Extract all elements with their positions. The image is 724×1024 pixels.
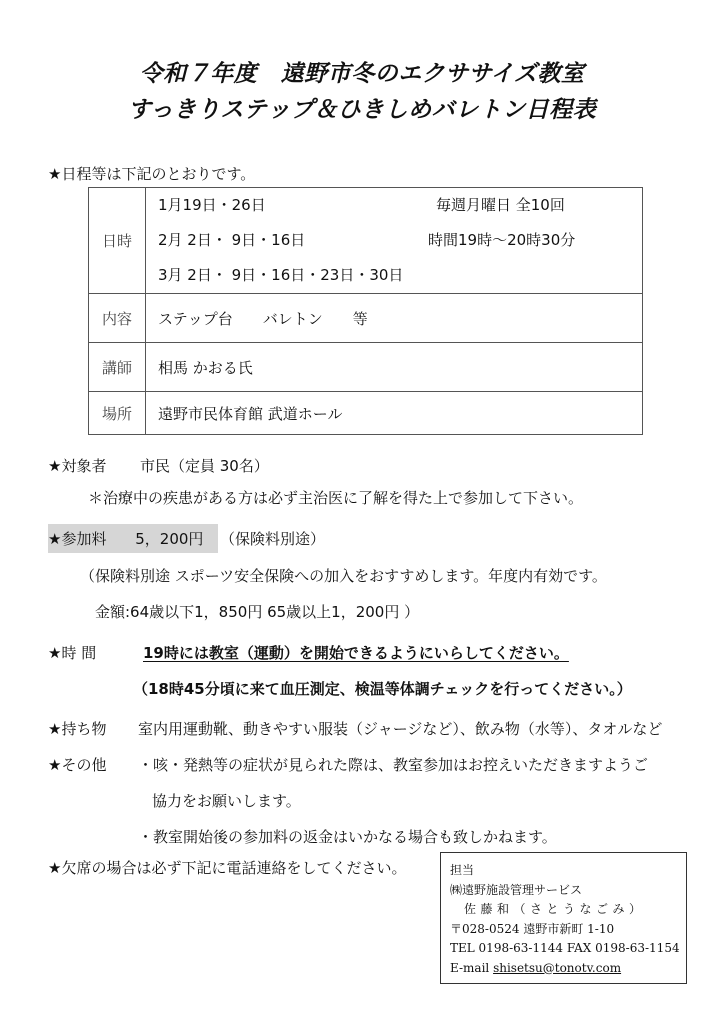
instructor-label: 講師 xyxy=(89,343,146,392)
fee-amount: 5，200円 xyxy=(135,530,203,548)
schedule-dates: 2月 2日・ 9日・16日 xyxy=(158,223,428,258)
content-value: ステップ台 バレトン 等 xyxy=(146,294,643,343)
target-heading: ★対象者 xyxy=(48,455,106,476)
belongings-heading: ★持ち物 xyxy=(48,718,106,739)
contact-box: 担当 ㈱遠野施設管理サービス 佐藤和（さとうなごみ） 〒028-0524 遠野市… xyxy=(440,852,687,984)
venue-value: 遠野市民体育館 武道ホール xyxy=(146,392,643,435)
time-sub: （18時45分頃に来て血圧測定、検温等体調チェックを行ってください。） xyxy=(133,678,632,699)
datetime-label: 日時 xyxy=(89,188,146,294)
absence-notice: ★欠席の場合は必ず下記に電話連絡をしてください。 xyxy=(48,857,406,878)
intro-text: ★日程等は下記のとおりです。 xyxy=(48,163,255,184)
table-row-content: 内容 ステップ台 バレトン 等 xyxy=(89,294,643,343)
insurance-line1: （保険料別途 スポーツ安全保険への加入をおすすめします。年度内有効です。 xyxy=(80,565,607,586)
instructor-value: 相馬 かおる氏 xyxy=(146,343,643,392)
document-title-line2: すっきりステップ＆ひきしめバレトン日程表 xyxy=(0,91,724,124)
table-row-venue: 場所 遠野市民体育館 武道ホール xyxy=(89,392,643,435)
datetime-value: 1月19日・26日 毎週月曜日 全10回 2月 2日・ 9日・16日 時間19時… xyxy=(146,188,643,294)
contact-label: 担当 xyxy=(450,861,686,881)
other-item1-line1: ・咳・発熱等の症状が見られた際は、教室参加はお控えいただきますようご xyxy=(138,754,648,775)
email-link[interactable]: shisetsu@tonotv.com xyxy=(493,961,621,975)
contact-email-row: E-mail shisetsu@tonotv.com xyxy=(450,959,686,979)
contact-address: 〒028-0524 遠野市新町 1-10 xyxy=(450,920,686,940)
contact-phone-fax: TEL 0198-63-1144 FAX 0198-63-1154 xyxy=(450,939,686,959)
insurance-line2: 金額:64歳以下1，850円 65歳以上1，200円 ） xyxy=(95,601,419,622)
email-label: E-mail xyxy=(450,961,493,975)
schedule-note: 毎週月曜日 全10回 xyxy=(428,188,565,223)
schedule-line: 3月 2日・ 9日・16日・23日・30日 xyxy=(158,258,642,293)
other-item2: ・教室開始後の参加料の返金はいかなる場合も致しかねます。 xyxy=(138,826,557,847)
time-heading: ★時 間 xyxy=(48,642,96,663)
other-item1-line2: 協力をお願いします。 xyxy=(152,790,301,811)
schedule-line: 1月19日・26日 毎週月曜日 全10回 xyxy=(158,188,642,223)
document-title-line1: 令和７年度 遠野市冬のエクササイズ教室 xyxy=(0,55,724,88)
venue-label: 場所 xyxy=(89,392,146,435)
target-note: ＊治療中の疾患がある方は必ず主治医に了解を得た上で参加して下さい。 xyxy=(88,487,583,508)
fee-heading: ★参加料 xyxy=(48,530,106,548)
contact-company: ㈱遠野施設管理サービス xyxy=(450,881,686,901)
schedule-line: 2月 2日・ 9日・16日 時間19時～20時30分 xyxy=(158,223,642,258)
table-row-instructor: 講師 相馬 かおる氏 xyxy=(89,343,643,392)
schedule-table: 日時 1月19日・26日 毎週月曜日 全10回 2月 2日・ 9日・16日 時間… xyxy=(88,187,643,435)
time-main: 19時には教室（運動）を開始できるようにいらしてください。 xyxy=(143,642,569,663)
fee-highlight: ★参加料 5，200円 xyxy=(48,524,218,553)
table-row-datetime: 日時 1月19日・26日 毎週月曜日 全10回 2月 2日・ 9日・16日 時間… xyxy=(89,188,643,294)
contact-person: 佐藤和（さとうなごみ） xyxy=(450,900,686,920)
other-heading: ★その他 xyxy=(48,754,106,775)
schedule-dates: 1月19日・26日 xyxy=(158,188,428,223)
schedule-note: 時間19時～20時30分 xyxy=(428,223,575,258)
content-label: 内容 xyxy=(89,294,146,343)
target-value: 市民（定員 30名） xyxy=(140,455,269,476)
belongings-value: 室内用運動靴、動きやすい服装（ジャージなど）、飲み物（水等）、タオルなど xyxy=(138,718,662,739)
schedule-dates: 3月 2日・ 9日・16日・23日・30日 xyxy=(158,258,428,293)
fee-suffix: （保険料別途） xyxy=(220,528,325,549)
